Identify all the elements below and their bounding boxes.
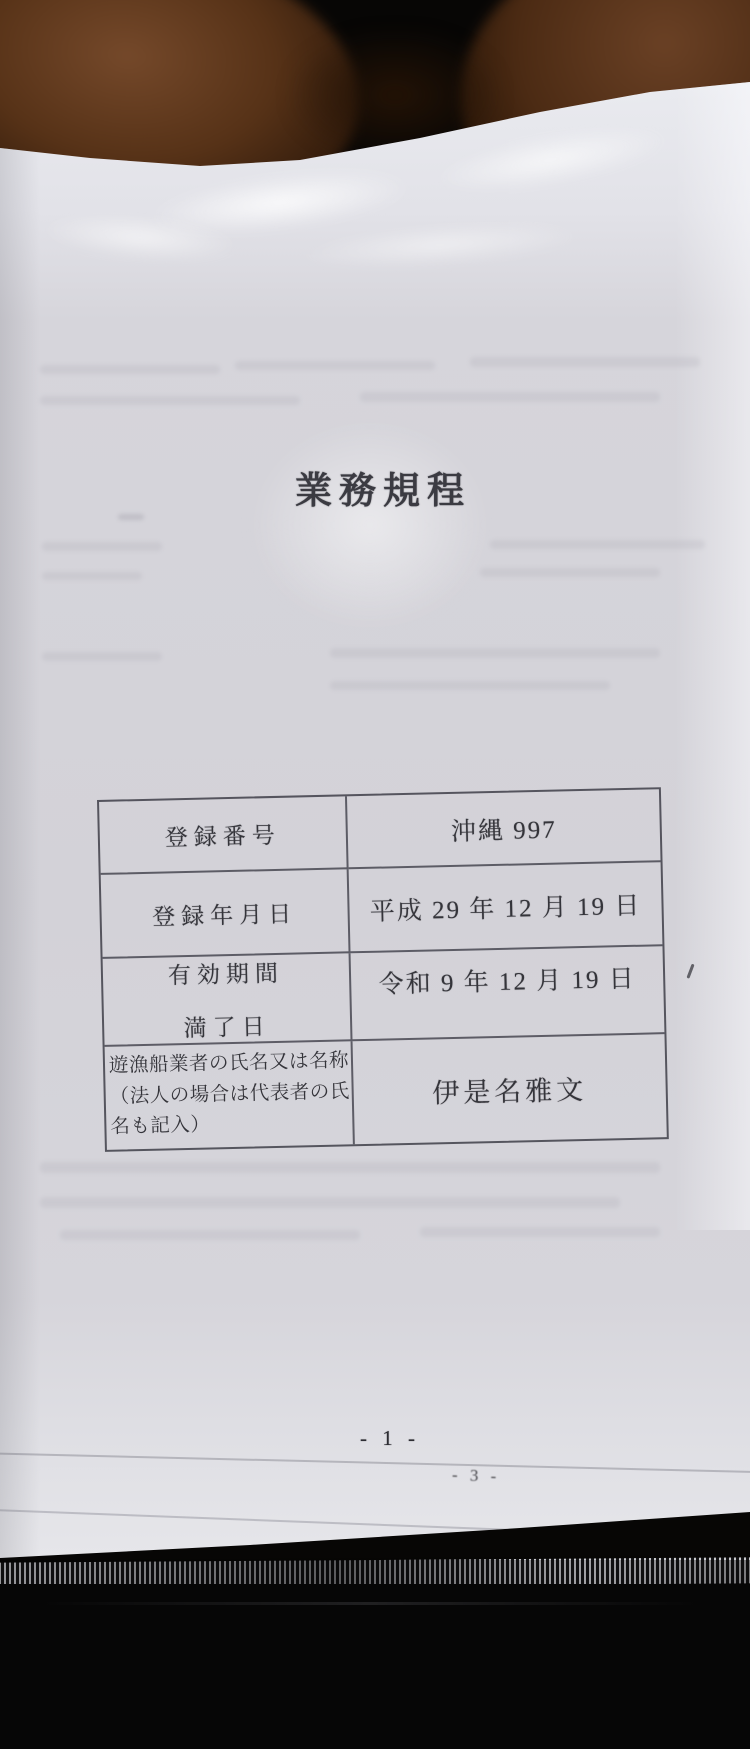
- validity-expiration-value-cell: 令和 9 年 12 月 19 日: [351, 946, 665, 1041]
- plastic-sleeve-document-page: 業務規程 登録番号 沖縄 997 登録年月日 平成 29 年 12 月 19 日…: [0, 0, 750, 1590]
- bleedthrough-smudge: [42, 572, 142, 580]
- light-reflection: [250, 420, 490, 630]
- registration-number-value: 沖縄 997: [450, 809, 557, 847]
- sheet-behind-edge: [0, 1509, 750, 1541]
- validity-expiration-label-cell: 有効期間 満了日: [103, 953, 353, 1047]
- bleedthrough-smudge: [40, 365, 220, 374]
- bleedthrough-smudge: [420, 1227, 660, 1237]
- validity-expiration-value: 令和 9 年 12 月 19 日: [378, 959, 636, 1001]
- bleedthrough-smudge: [480, 568, 660, 577]
- bleedthrough-smudge: [40, 1197, 620, 1208]
- validity-period-label: 有効期間: [168, 955, 285, 991]
- bleedthrough-smudge: [40, 1162, 660, 1173]
- bleedthrough-smudge: [470, 357, 700, 367]
- sleeve-wrinkle-highlight: [299, 215, 581, 274]
- bleedthrough-smudge: [40, 396, 300, 405]
- registration-number-label: 登録番号: [164, 817, 281, 853]
- sleeve-right-edge-sheen: [675, 80, 750, 1230]
- registration-date-value-cell: 平成 29 年 12 月 19 日: [349, 862, 663, 953]
- operator-name-label-line2: （法人の場合は代表者の氏: [109, 1080, 349, 1109]
- bleedthrough-smudge: [490, 540, 705, 549]
- registration-date-label-cell: 登録年月日: [101, 869, 351, 959]
- behind-sheet-partial-page-number: - 3 -: [452, 1465, 501, 1487]
- pen-dash-mark: [118, 514, 144, 520]
- operator-name-value-cell: 伊是名雅文: [353, 1034, 667, 1144]
- surface-reflection: [40, 1602, 700, 1605]
- bleedthrough-smudge: [60, 1230, 360, 1240]
- sheet-behind-edge: [0, 1452, 750, 1473]
- operator-name-value: 伊是名雅文: [432, 1068, 588, 1111]
- expiration-day-label: 満了日: [183, 1008, 271, 1043]
- document-title: 業務規程: [0, 460, 750, 514]
- photo-scene: 業務規程 登録番号 沖縄 997 登録年月日 平成 29 年 12 月 19 日…: [0, 0, 750, 1749]
- bleedthrough-smudge: [330, 681, 610, 690]
- registration-number-label-cell: 登録番号: [99, 796, 349, 875]
- operator-name-label-line3: 名も記入）: [110, 1114, 211, 1140]
- seal-strip-shading: [0, 1560, 750, 1586]
- registration-table: 登録番号 沖縄 997 登録年月日 平成 29 年 12 月 19 日 有効期間…: [97, 787, 669, 1152]
- operator-name-label-line1: 遊漁船業者の氏名又は名称: [109, 1049, 349, 1078]
- bleedthrough-smudge: [42, 542, 162, 551]
- bleedthrough-smudge: [235, 361, 435, 370]
- bleedthrough-smudge: [360, 392, 660, 402]
- registration-date-label: 登録年月日: [152, 895, 298, 931]
- bleedthrough-smudge: [330, 648, 660, 658]
- page-number: - 1 -: [360, 1426, 420, 1451]
- registration-number-value-cell: 沖縄 997: [347, 789, 661, 869]
- left-edge-shadow: [0, 140, 40, 1560]
- registration-date-value: 平成 29 年 12 月 19 日: [369, 886, 641, 928]
- bleedthrough-smudge: [42, 652, 162, 661]
- dark-table-surface: [0, 1584, 750, 1749]
- operator-name-label-cell: 遊漁船業者の氏名又は名称 （法人の場合は代表者の氏 名も記入）: [105, 1041, 355, 1150]
